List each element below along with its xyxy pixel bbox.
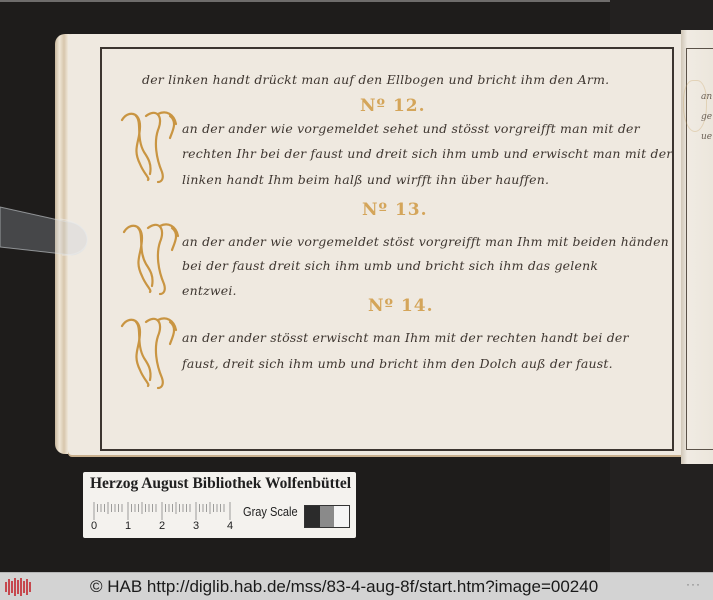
gray-swatch-mid (320, 506, 335, 527)
manuscript-line: an der ander wie vorgemeldet sehet und s… (182, 121, 640, 136)
facing-page-text: ue (701, 132, 712, 142)
ruler-label: 0 (91, 520, 97, 532)
library-name: Herzog August Bibliothek Wolfenbüttel (90, 475, 351, 493)
section-heading: Nº 12. (360, 96, 426, 116)
gray-scale-label: Gray Scale (243, 504, 298, 519)
manuscript-line: bei der faust dreit sich ihm umb und bri… (182, 258, 598, 273)
facing-page-text: an (701, 92, 712, 102)
ruler-label: 1 (125, 520, 131, 532)
manuscript-line: rechten Ihr bei der faust und dreit sich… (182, 146, 672, 161)
facing-page-text: ge (701, 112, 712, 122)
manuscript-line: entzwei. (182, 283, 237, 298)
manuscript-line: faust, dreit sich ihm umb und bricht ihm… (182, 356, 613, 371)
more-options-button[interactable]: ··· (686, 577, 701, 591)
manuscript-line: linken handt Ihm beim halß und wirfft ih… (182, 172, 549, 187)
hab-logo-icon[interactable] (4, 577, 32, 597)
gray-swatch-light (334, 506, 349, 527)
copyright-link[interactable]: © HAB http://diglib.hab.de/mss/83-4-aug-… (90, 577, 598, 597)
ruler-label: 3 (193, 520, 199, 532)
gray-scale-swatches (304, 505, 350, 528)
ruler-label: 2 (159, 520, 165, 532)
color-reference-card: Herzog August Bibliothek Wolfenbüttel 0 … (83, 472, 356, 538)
decorated-initial-w-icon (118, 108, 180, 184)
facing-page-initial (683, 80, 707, 132)
decorated-initial-w-icon (120, 220, 182, 296)
manuscript-line: an der ander stösst erwischt man Ihm mit… (182, 330, 629, 345)
manuscript-line: der linken handt drückt man auf den Ellb… (142, 72, 609, 87)
viewer-top-border (0, 0, 713, 2)
decorated-initial-w-icon (118, 314, 180, 390)
ruler-label: 4 (227, 520, 233, 532)
manuscript-line: an der ander wie vorgemeldet stöst vorgr… (182, 234, 669, 249)
footer-bar: © HAB http://diglib.hab.de/mss/83-4-aug-… (0, 572, 713, 600)
section-heading: Nº 13. (362, 200, 428, 220)
glass-page-weight-icon (0, 205, 95, 260)
gray-swatch-dark (305, 506, 320, 527)
section-heading: Nº 14. (368, 296, 434, 316)
